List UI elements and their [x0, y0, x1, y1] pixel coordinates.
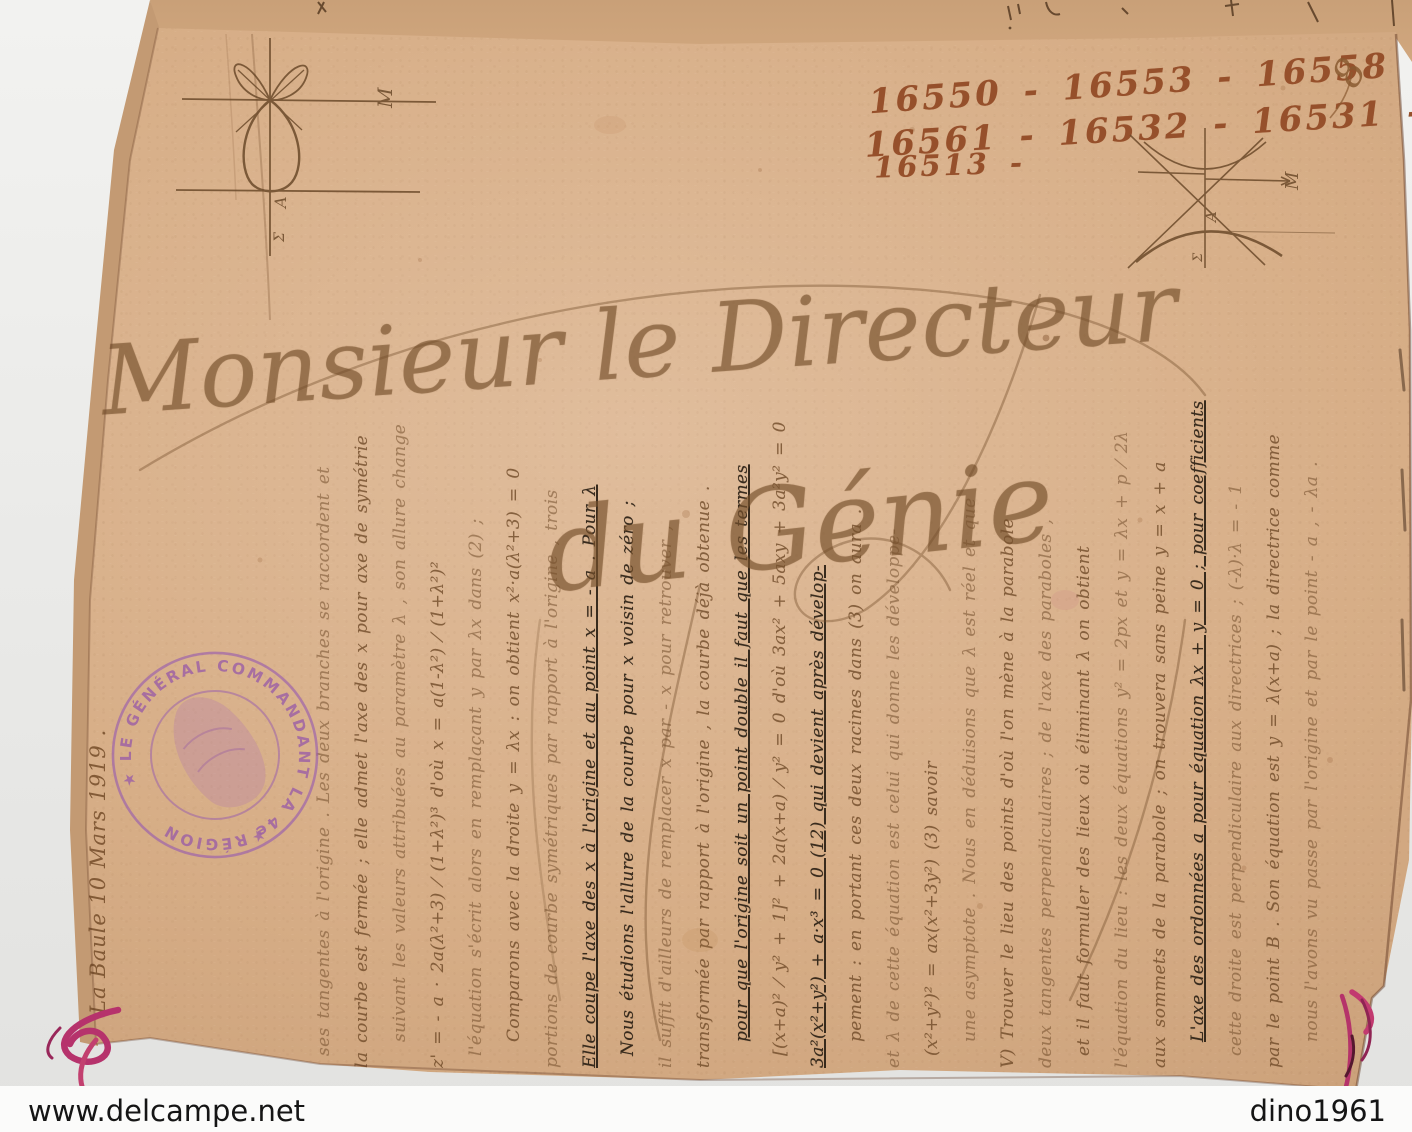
watermark-delcampe: www.delcampe.net	[28, 1094, 305, 1128]
manuscript-line: V) Trouver le lieu des points d'où l'on …	[989, 262, 1027, 1068]
manuscript-line: et il faut formuler des lieux où élimina…	[1065, 262, 1103, 1068]
manuscript-line: l'équation du lieu : les deux équations …	[1103, 262, 1141, 1068]
manuscript-line: deux tangentes perpendiculaires ; de l'a…	[1027, 262, 1065, 1068]
manuscript-line: (x²+y²)² = ax(x²+3y²) (3) savoir	[913, 262, 951, 1068]
manuscript-line: cette droite est perpendiculaire aux dir…	[1217, 262, 1255, 1068]
manuscript-line: par le point B . Son équation est y = λ(…	[1255, 262, 1293, 1068]
date-note: La Baule 10 Mars 1919 .	[86, 679, 110, 1014]
inventory-numbers-line3: 16513 -	[873, 145, 1025, 184]
manuscript-line: L'axe des ordonnées a pour équation λx +…	[1179, 262, 1217, 1068]
manuscript-line: aux sommets de la parabole ; on trouvera…	[1141, 262, 1179, 1068]
watermark-seller: dino1961	[1250, 1094, 1386, 1128]
photo-of-manuscript: ses tangentes à l'origine . Les deux bra…	[0, 0, 1412, 1132]
manuscript-line: nous l'avons vu passe par l'origine et p…	[1293, 262, 1331, 1068]
manuscript-line: une asymptote . Nous en déduisons que λ …	[951, 262, 989, 1068]
